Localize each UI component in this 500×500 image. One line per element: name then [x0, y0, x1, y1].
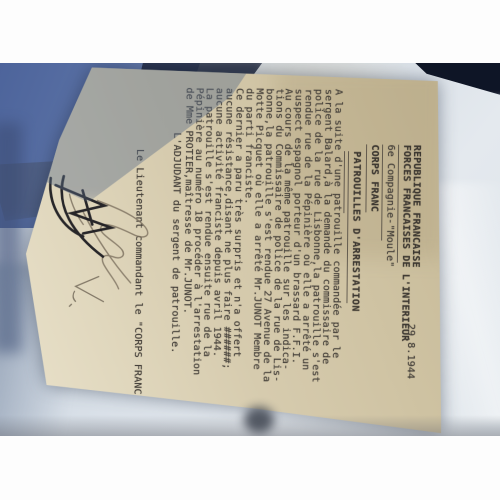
photo-area: REPUBLIQUE FRANCAISE FORCES FRANCAISES D… — [0, 63, 500, 436]
document-paper-wrap: REPUBLIQUE FRANCAISE FORCES FRANCAISES D… — [22, 64, 446, 436]
pencil-signature — [69, 194, 149, 289]
product-photo-canvas: REPUBLIQUE FRANCAISE FORCES FRANCAISES D… — [0, 0, 500, 500]
document-paper: REPUBLIQUE FRANCAISE FORCES FRANCAISES D… — [22, 64, 446, 436]
bg-bottom-dark-patch — [244, 407, 274, 433]
initials-mark — [69, 276, 103, 306]
